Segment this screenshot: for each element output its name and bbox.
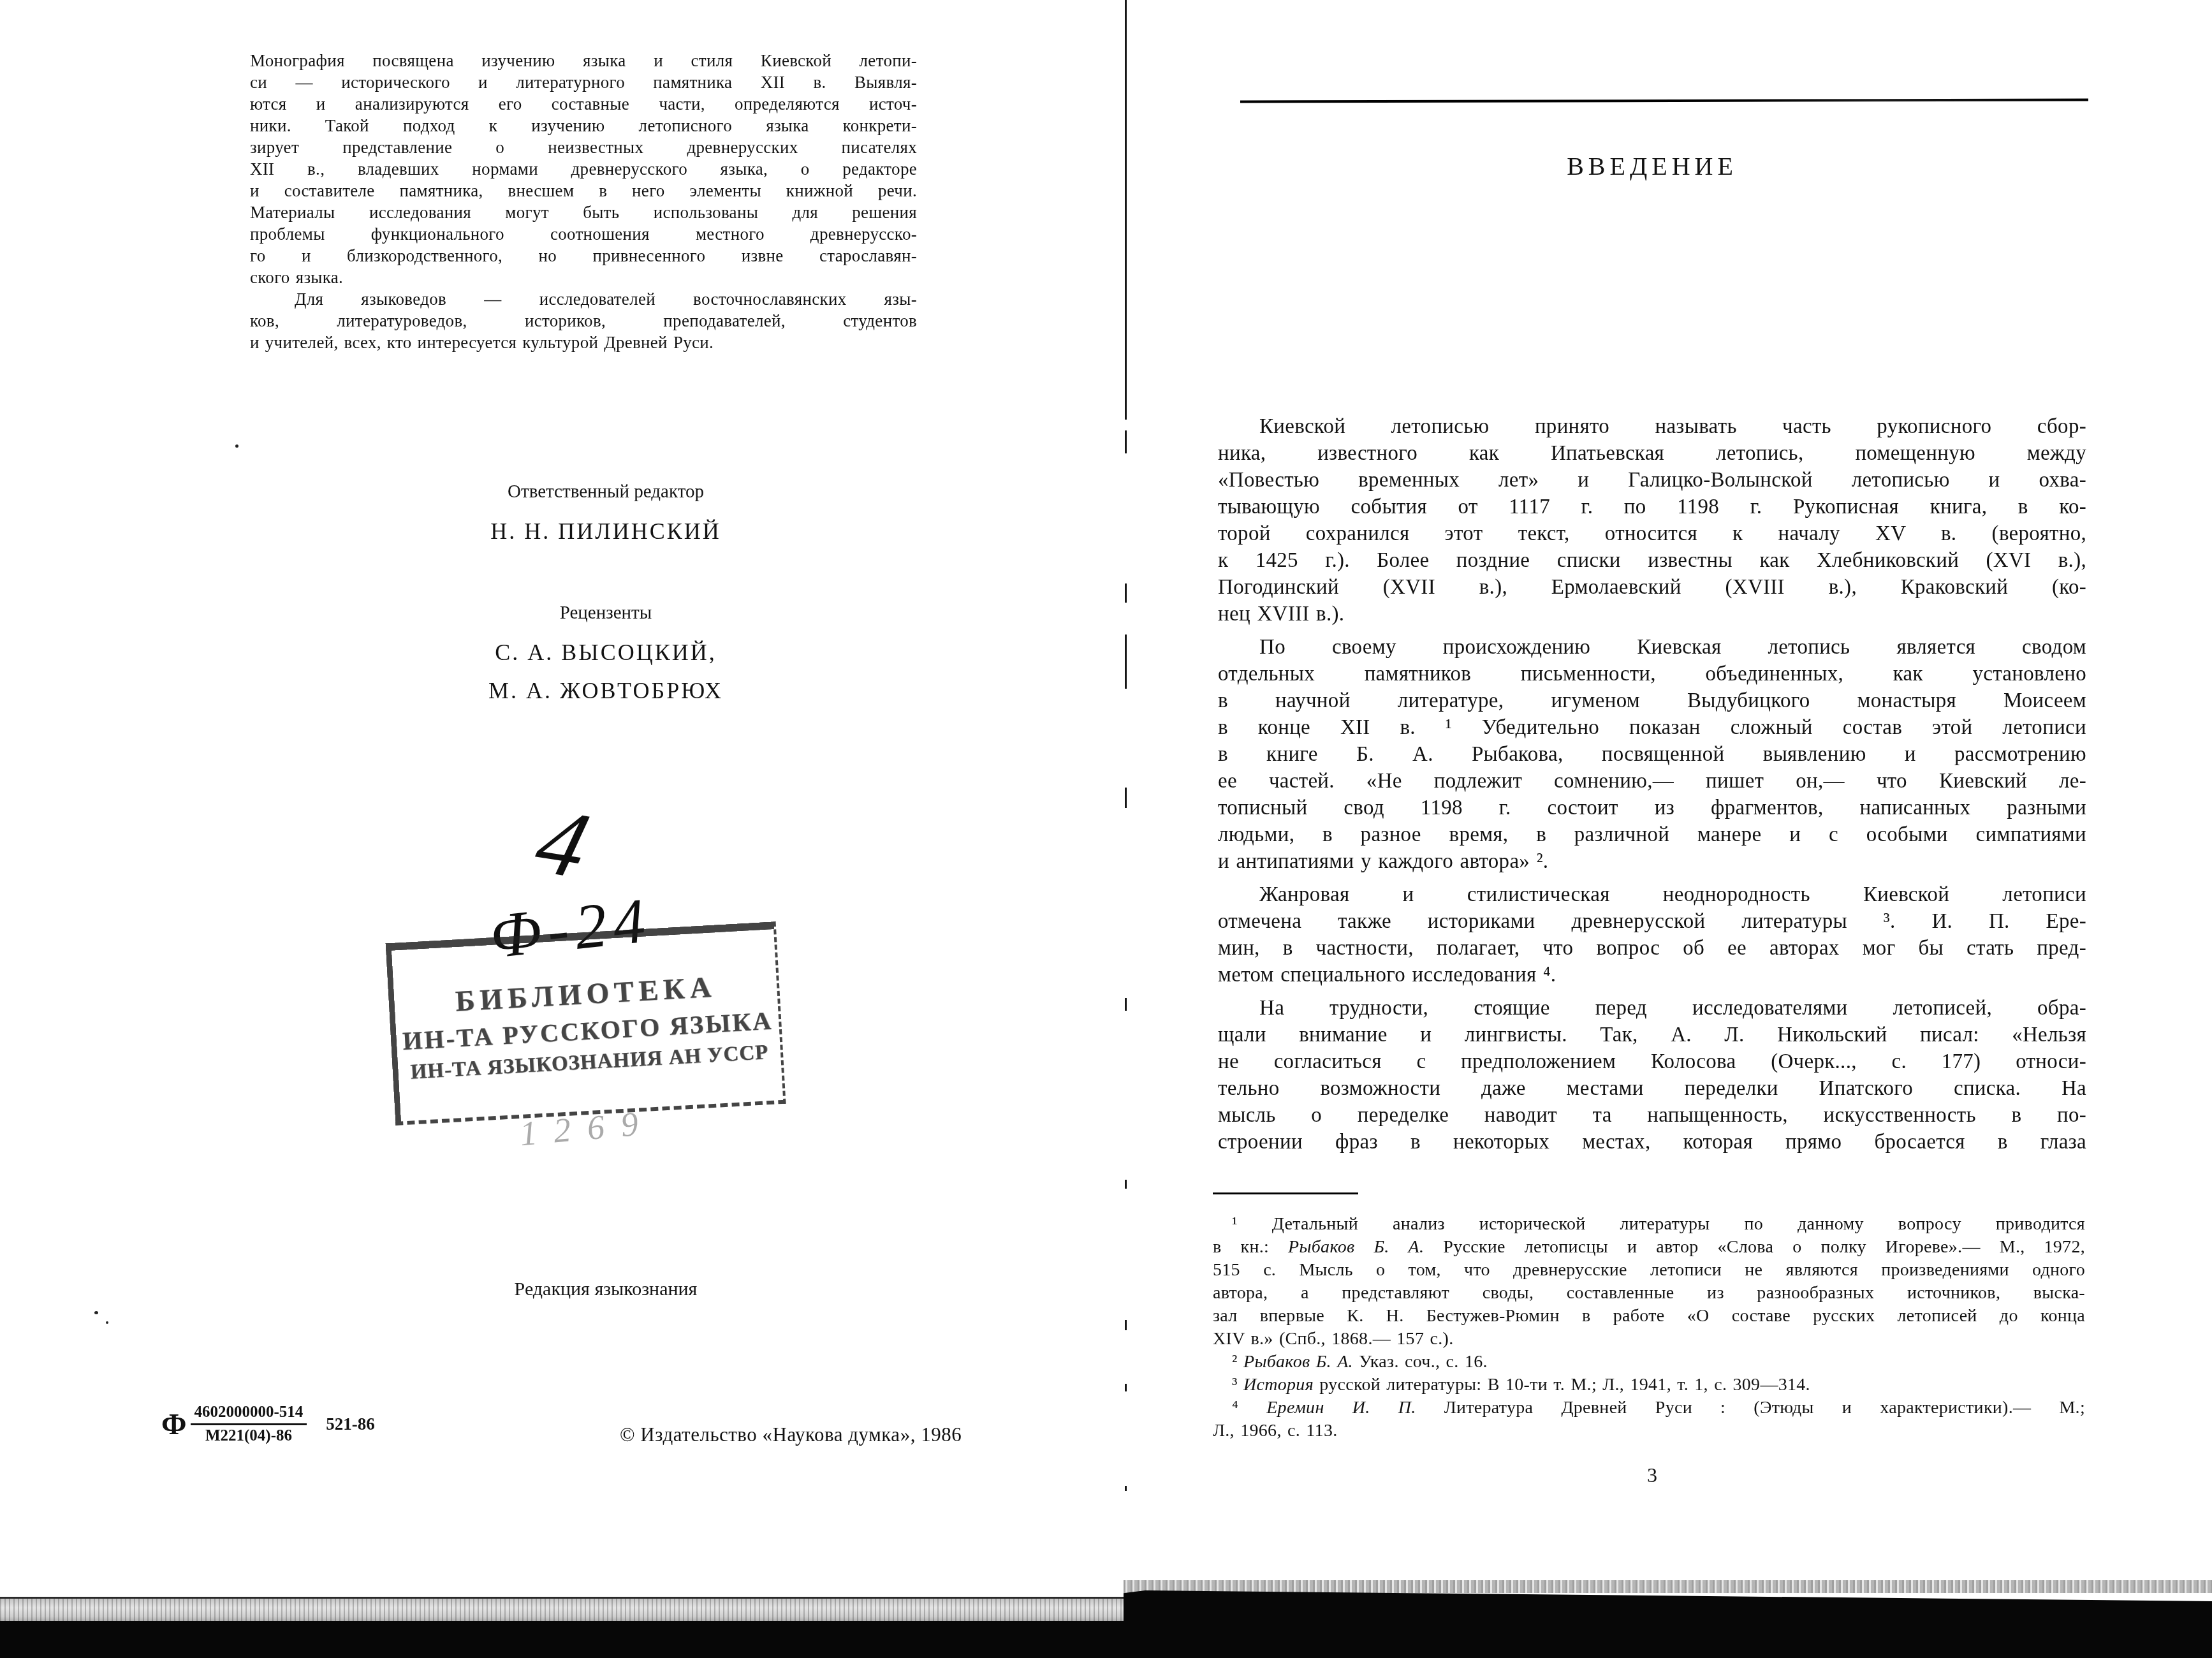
book-gutter-dash	[1125, 635, 1127, 689]
body-paragraph: Киевской летописью принято называть част…	[1218, 413, 2086, 627]
reviewers-label: Рецензенты	[255, 603, 956, 624]
editor-name: Н. Н. ПИЛИНСКИЙ	[255, 518, 956, 545]
book-gutter-dash	[1125, 583, 1127, 603]
reviewer-name-2: М. А. ЖОВТОБРЮХ	[255, 677, 956, 704]
imprint-code-top: 4602000000-514	[191, 1403, 307, 1425]
footnote-text: ¹ Детальный анализ исторической литерату…	[1213, 1213, 2085, 1328]
footnote-text: ² Рыбаков Б. А. Указ. соч., с. 16.	[1213, 1351, 2085, 1374]
book-gutter-dash	[1125, 1180, 1127, 1189]
footnotes-block: ¹ Детальный анализ исторической литерату…	[1213, 1213, 2085, 1442]
footnote-2: ² Рыбаков Б. А. Указ. соч., с. 16.	[1213, 1351, 2085, 1374]
imprint-code-bottom: М221(04)-86	[191, 1425, 307, 1446]
imprint-code-right: 521-86	[326, 1414, 375, 1434]
footnote-end: Л., 1966, с. 113.	[1213, 1420, 2085, 1442]
book-gutter-dash	[1125, 788, 1127, 808]
book-gutter-dash	[1125, 998, 1127, 1011]
header-rule	[1240, 99, 2088, 103]
page-bottom-edge	[0, 1597, 1124, 1624]
paragraph-lines: Киевской летописью принято называть част…	[1218, 413, 2086, 601]
annotation-paragraph-2-end: и учителей, всех, кто интересуется культ…	[250, 332, 917, 353]
scan-edge-black-left	[0, 1621, 1124, 1658]
paragraph-lines: На трудности, стоящие перед исследовател…	[1218, 995, 2086, 1155]
body-paragraph: На трудности, стоящие перед исследовател…	[1218, 995, 2086, 1155]
handwritten-number: 4	[525, 788, 599, 900]
imprint-fraction: 4602000000-514 М221(04)-86	[191, 1403, 307, 1446]
scan-speck	[94, 1311, 98, 1314]
footnote-1: ¹ Детальный анализ исторической литерату…	[1213, 1213, 2085, 1351]
annotation-paragraph-1: Монография посвящена изучению языка и ст…	[250, 50, 917, 267]
edition-label: Редакция языкознания	[446, 1279, 765, 1300]
book-gutter-dash	[1125, 1320, 1127, 1330]
scan-edge-noise	[1124, 1580, 2212, 1593]
book-gutter-dash	[1125, 1384, 1127, 1391]
footnote-4: ⁴ Еремин И. П. Литература Древней Руси :…	[1213, 1397, 2085, 1442]
book-scan-spread: Монография посвящена изучению языка и ст…	[0, 0, 2212, 1658]
body-text-column: Киевской летописью принято называть част…	[1218, 413, 2086, 1162]
imprint-index: Ф 4602000000-514 М221(04)-86 521-86	[161, 1403, 375, 1446]
annotation-block: Монография посвящена изучению языка и ст…	[250, 50, 917, 353]
annotation-paragraph-2: Для языковедов — исследователей восточно…	[250, 288, 917, 332]
page-number: 3	[1218, 1464, 2086, 1487]
footnote-separator	[1213, 1192, 1358, 1194]
body-paragraph: Жанровая и стилистическая неоднородность…	[1218, 881, 2086, 988]
footnote-end: XIV в.» (Спб., 1868.— 157 с.).	[1213, 1328, 2085, 1351]
paragraph-end: и антипатиями у каждого автора» ².	[1218, 848, 2086, 875]
imprint-letter: Ф	[161, 1407, 187, 1441]
paragraph-end: метом специального исследования ⁴.	[1218, 962, 2086, 988]
footnote-3: ³ История русской литературы: В 10-ти т.…	[1213, 1374, 2085, 1397]
copyright-line: © Издательство «Наукова думка», 1986	[620, 1423, 962, 1446]
annotation-paragraph-1-end: ского языка.	[250, 267, 917, 288]
chapter-title: ВВЕДЕНИЕ	[1218, 151, 2086, 181]
scan-edge-black-right	[1124, 1590, 2212, 1658]
book-gutter-line	[1125, 0, 1127, 420]
book-gutter-dash	[1125, 430, 1127, 453]
body-paragraph: По своему происхождению Киевская летопис…	[1218, 634, 2086, 875]
paragraph-end: нец XVIII в.).	[1218, 601, 2086, 627]
book-gutter-dash	[1125, 1486, 1127, 1491]
footnote-text: ⁴ Еремин И. П. Литература Древней Руси :…	[1213, 1397, 2085, 1420]
paragraph-lines: Жанровая и стилистическая неоднородность…	[1218, 881, 2086, 962]
paragraph-lines: По своему происхождению Киевская летопис…	[1218, 634, 2086, 848]
footnote-text: ³ История русской литературы: В 10-ти т.…	[1213, 1374, 2085, 1397]
reviewer-name-1: С. А. ВЫСОЦКИЙ,	[255, 639, 956, 666]
scan-speck	[235, 444, 238, 448]
editor-label: Ответственный редактор	[255, 481, 956, 503]
scan-speck	[106, 1321, 108, 1324]
library-stamp: БИБЛИОТЕКА ИН-ТА РУССКОГО ЯЗЫКА ИН-ТА ЯЗ…	[385, 921, 786, 1126]
